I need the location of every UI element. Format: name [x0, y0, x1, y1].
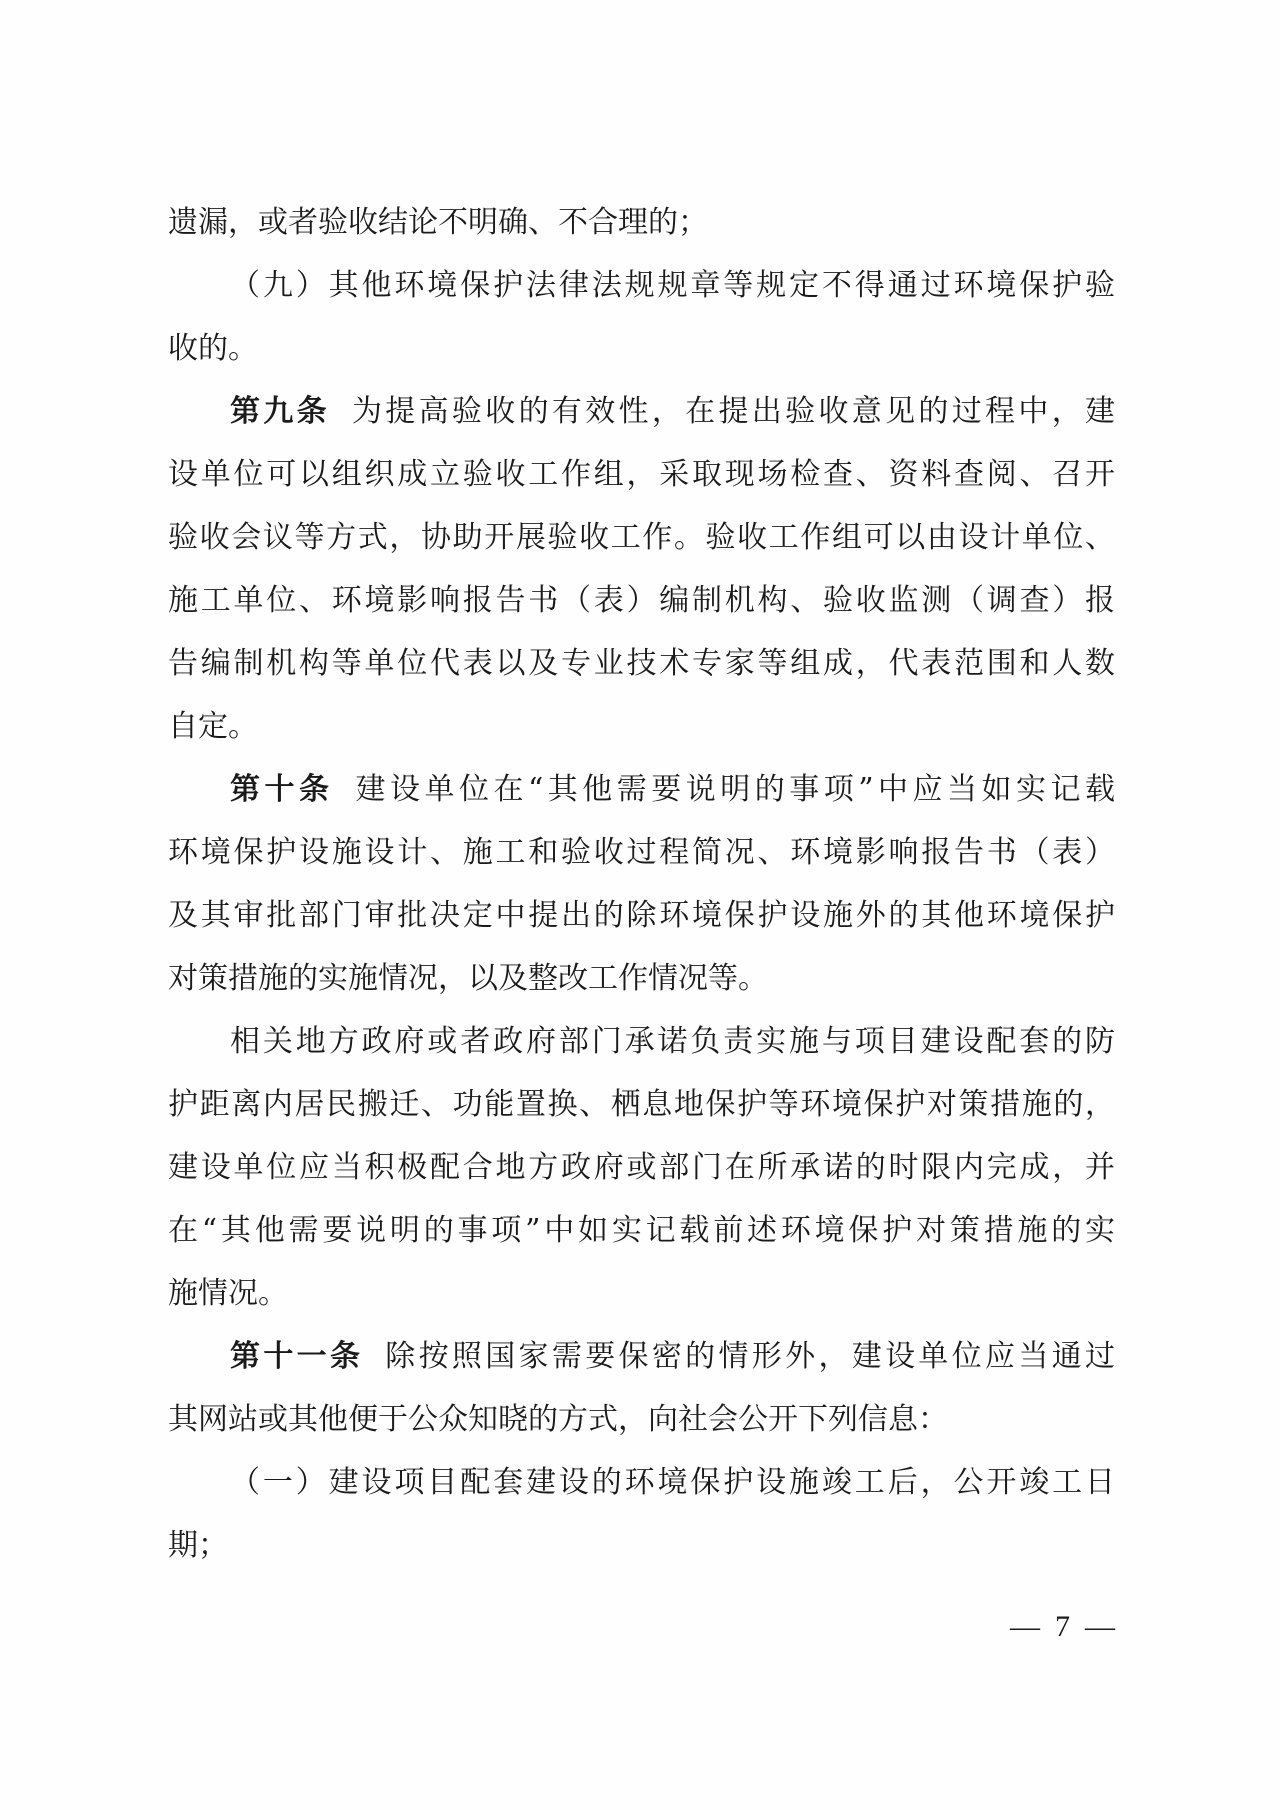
text-line: 在“其他需要说明的事项”中如实记载前述环境保护对策措施的实 — [168, 1208, 1115, 1271]
text-line: 自定。 — [168, 704, 1115, 767]
text-line: （九）其他环境保护法律法规规章等规定不得通过环境保护验 — [168, 263, 1115, 326]
text-line: 相关地方政府或者政府部门承诺负责实施与项目建设配套的防 — [168, 1019, 1115, 1082]
text-line: 及其审批部门审批决定中提出的除环境保护设施外的其他环境保护 — [168, 893, 1115, 956]
text-line: 验收会议等方式，协助开展验收工作。验收工作组可以由设计单位、 — [168, 515, 1115, 578]
article-heading-line: 第十一条除按照国家需要保密的情形外，建设单位应当通过 — [168, 1334, 1115, 1397]
text-line: 告编制机构等单位代表以及专业技术专家等组成，代表范围和人数 — [168, 641, 1115, 704]
text-line: 建设单位应当积极配合地方政府或部门在所承诺的时限内完成，并 — [168, 1145, 1115, 1208]
article-10-heading: 第十条 — [230, 772, 333, 807]
text-line: 环境保护设施设计、施工和验收过程简况、环境影响报告书（表） — [168, 830, 1115, 893]
text-line: 施情况。 — [168, 1271, 1115, 1334]
text-line: （一）建设项目配套建设的环境保护设施竣工后，公开竣工日 — [168, 1460, 1115, 1523]
text-line: 设单位可以组织成立验收工作组，采取现场检查、资料查阅、召开 — [168, 452, 1115, 515]
text-line: 对策措施的实施情况，以及整改工作情况等。 — [168, 956, 1115, 1019]
text-line: 施工单位、环境影响报告书（表）编制机构、验收监测（调查）报 — [168, 578, 1115, 641]
text-line: 护距离内居民搬迁、功能置换、栖息地保护等环境保护对策措施的， — [168, 1082, 1115, 1145]
body-text: 遗漏，或者验收结论不明确、不合理的； （九）其他环境保护法律法规规章等规定不得通… — [168, 200, 1115, 1586]
text-line: 其网站或其他便于公众知晓的方式，向社会公开下列信息： — [168, 1397, 1115, 1460]
article-11-heading: 第十一条 — [230, 1339, 363, 1374]
article-9-heading: 第九条 — [230, 394, 330, 429]
text-line: 遗漏，或者验收结论不明确、不合理的； — [168, 200, 1115, 263]
article-heading-line: 第十条建设单位在“其他需要说明的事项”中应当如实记载 — [168, 767, 1115, 830]
page-number: — 7 — — [995, 1610, 1115, 1644]
document-page: 遗漏，或者验收结论不明确、不合理的； （九）其他环境保护法律法规规章等规定不得通… — [0, 0, 1280, 1810]
article-heading-line: 第九条为提高验收的有效性，在提出验收意见的过程中，建 — [168, 389, 1115, 452]
text-line: 期； — [168, 1523, 1115, 1586]
text-line: 收的。 — [168, 326, 1115, 389]
